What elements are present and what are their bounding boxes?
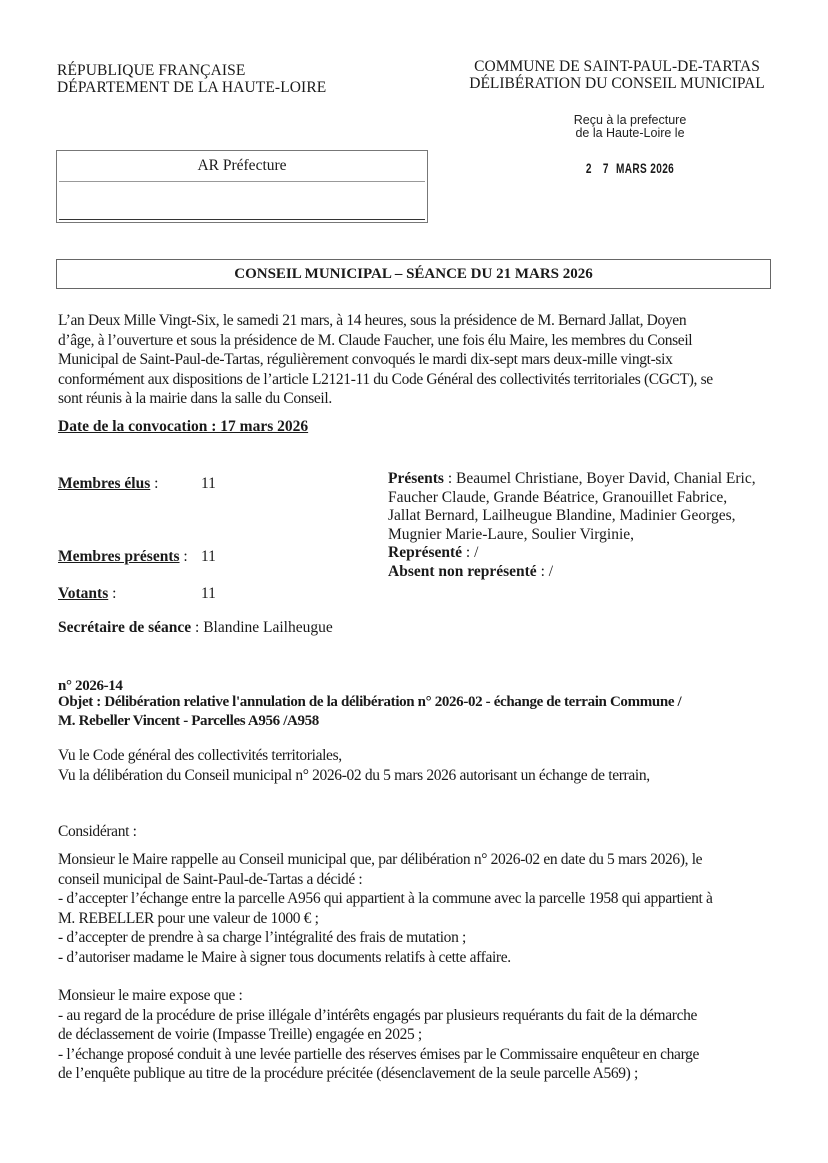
mayor-exposition: Monsieur le maire expose que : - au rega…	[58, 986, 788, 1084]
absent-label: Absent non représenté	[388, 563, 537, 580]
represented-value: : /	[462, 544, 478, 561]
intro-line: sont réunis à la mairie dans la salle du…	[58, 389, 778, 409]
considerant-heading: Considérant :	[58, 822, 137, 842]
reminder-line: - d’accepter de prendre à sa charge l’in…	[58, 928, 788, 948]
exposition-line: Monsieur le maire expose que :	[58, 986, 788, 1006]
exposition-line: de déclassement de voirie (Impasse Treil…	[58, 1025, 788, 1045]
attendance-block: Présents : Beaumel Christiane, Boyer Dav…	[388, 470, 778, 581]
voters-label: Votants	[58, 585, 108, 602]
members-present-row: Membres présents : 11	[58, 548, 188, 566]
members-present-value: 11	[201, 548, 216, 566]
session-title: CONSEIL MUNICIPAL – SÉANCE DU 21 MARS 20…	[56, 259, 771, 289]
separator: :	[180, 548, 188, 565]
present-names-line: : Beaumel Christiane, Boyer David, Chani…	[444, 470, 756, 487]
stamp-line-2: de la Haute-Loire le	[545, 127, 715, 140]
voters-value: 11	[201, 585, 216, 603]
exposition-line: de l’enquête publique au titre de la pro…	[58, 1064, 788, 1084]
object-line: Objet : Délibération relative l'annulati…	[58, 693, 788, 712]
separator: :	[108, 585, 116, 602]
header-commune: COMMUNE DE SAINT-PAUL-DE-TARTAS	[462, 58, 772, 75]
legal-references: Vu le Code général des collectivités ter…	[58, 746, 788, 785]
legal-reference-line: Vu le Code général des collectivités ter…	[58, 746, 788, 766]
reminder-line: - d’autoriser madame le Maire à signer t…	[58, 948, 788, 968]
exposition-line: - au regard de la procédure de prise ill…	[58, 1006, 788, 1026]
exposition-line: - l’échange proposé conduit à une levée …	[58, 1045, 788, 1065]
stamp-month-year: MARS 2026	[616, 160, 674, 176]
ar-prefecture-box: AR Préfecture	[56, 150, 428, 223]
intro-line: d’âge, à l’ouverture et sous la présiden…	[58, 331, 778, 351]
present-names-line: Mugnier Marie-Laure, Soulier Virginie,	[388, 526, 778, 545]
secretary-value: : Blandine Lailheugue	[191, 619, 333, 636]
represented-row: Représenté : /	[388, 544, 778, 563]
present-label: Présents	[388, 470, 444, 487]
intro-line: L’an Deux Mille Vingt-Six, le samedi 21 …	[58, 311, 778, 331]
reception-stamp-label: Reçu à la prefecture de la Haute-Loire l…	[545, 114, 715, 140]
reminder-line: conseil municipal de Saint-Paul-de-Tarta…	[58, 870, 788, 890]
present-names-line: Faucher Claude, Grande Béatrice, Granoui…	[388, 489, 778, 508]
ar-prefecture-title: AR Préfecture	[57, 157, 427, 175]
reminder-line: Monsieur le Maire rappelle au Conseil mu…	[58, 850, 788, 870]
intro-line: Municipal de Saint-Paul-de-Tartas, régul…	[58, 350, 778, 370]
header-departement: DÉPARTEMENT DE LA HAUTE-LOIRE	[57, 79, 326, 96]
reminder-line: - d’accepter l’échange entre la parcelle…	[58, 889, 788, 909]
members-elected-value: 11	[201, 475, 216, 493]
present-names-line: Jallat Bernard, Lailheugue Blandine, Mad…	[388, 507, 778, 526]
absent-value: : /	[537, 563, 553, 580]
absent-row: Absent non représenté : /	[388, 563, 778, 582]
voters-row: Votants : 11	[58, 585, 116, 603]
header-republique: RÉPUBLIQUE FRANÇAISE	[57, 62, 326, 79]
represented-label: Représenté	[388, 544, 462, 561]
stamp-day: 2 7	[586, 160, 613, 176]
secretary-label: Secrétaire de séance	[58, 619, 191, 636]
members-present-label: Membres présents	[58, 548, 180, 565]
header-deliberation: DÉLIBÉRATION DU CONSEIL MUNICIPAL	[462, 75, 772, 92]
object-line: M. Rebeller Vincent - Parcelles A956 /A9…	[58, 712, 788, 731]
ar-box-divider	[59, 181, 425, 182]
mayor-reminder: Monsieur le Maire rappelle au Conseil mu…	[58, 850, 788, 967]
session-secretary: Secrétaire de séance : Blandine Lailheug…	[58, 619, 333, 637]
present-members: Présents : Beaumel Christiane, Boyer Dav…	[388, 470, 778, 489]
ar-box-bottom-rule	[59, 219, 425, 220]
reminder-line: M. REBELLER pour une valeur de 1000 € ;	[58, 909, 788, 929]
intro-paragraph: L’an Deux Mille Vingt-Six, le samedi 21 …	[58, 311, 778, 409]
separator: :	[150, 475, 158, 492]
members-elected-row: Membres élus : 11	[58, 475, 158, 493]
members-elected-label: Membres élus	[58, 475, 150, 492]
convocation-date: Date de la convocation : 17 mars 2026	[58, 418, 308, 436]
header-left: RÉPUBLIQUE FRANÇAISE DÉPARTEMENT DE LA H…	[57, 62, 326, 96]
legal-reference-line: Vu la délibération du Conseil municipal …	[58, 766, 788, 786]
reception-stamp-date: 2 7 MARS 2026	[569, 160, 691, 176]
deliberation-object: Objet : Délibération relative l'annulati…	[58, 693, 788, 731]
intro-line: conformément aux dispositions de l’artic…	[58, 370, 778, 390]
header-right: COMMUNE DE SAINT-PAUL-DE-TARTAS DÉLIBÉRA…	[462, 58, 772, 92]
